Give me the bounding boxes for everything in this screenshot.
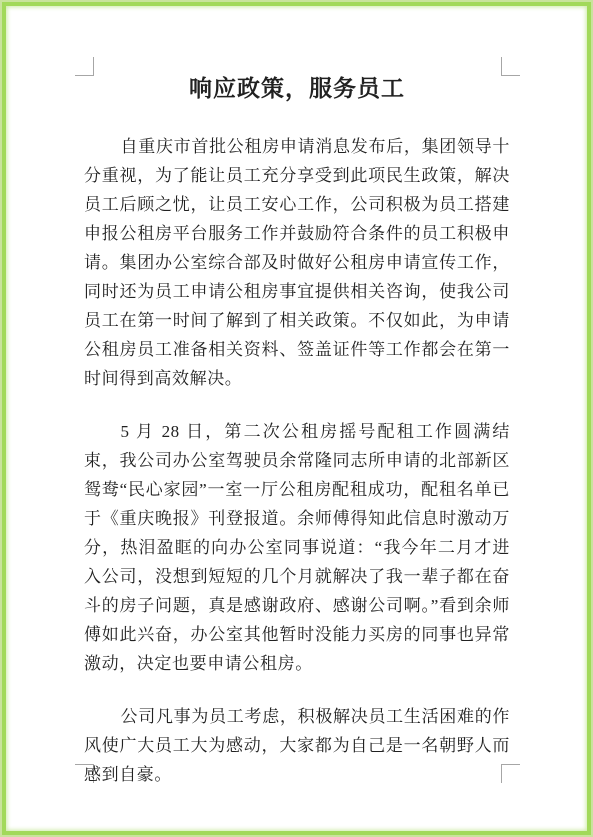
body-paragraph-3: 公司凡事为员工考虑，积极解决员工生活困难的作风使广大员工大为感动，大家都为自己是… <box>84 702 510 789</box>
body-paragraph-1: 自重庆市首批公租房申请消息发布后，集团领导十分重视，为了能让员工充分享受到此项民… <box>84 132 510 393</box>
document-title: 响应政策，服务员工 <box>84 72 510 106</box>
document-body: 响应政策，服务员工 自重庆市首批公租房申请消息发布后，集团领导十分重视，为了能让… <box>84 72 510 813</box>
body-paragraph-2: 5 月 28 日，第二次公租房摇号配租工作圆满结束，我公司办公室驾驶员余常隆同志… <box>84 417 510 678</box>
